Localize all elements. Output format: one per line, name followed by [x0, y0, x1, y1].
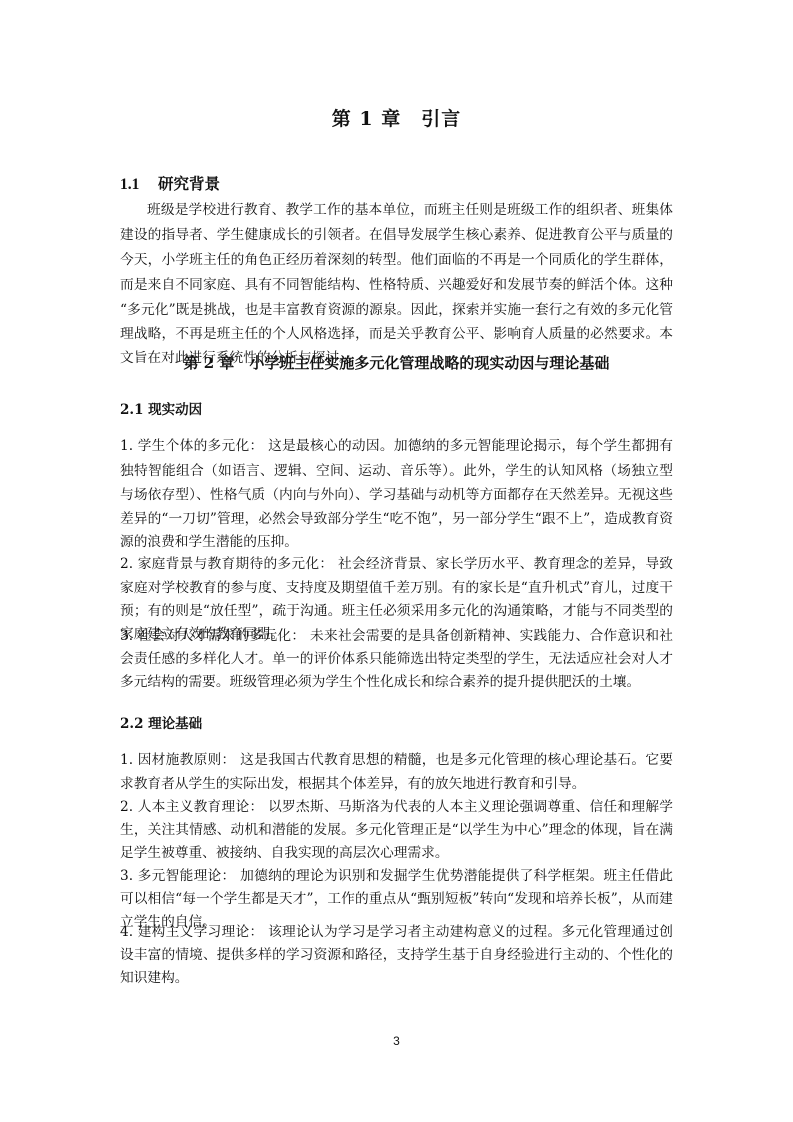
- text-line: 班级是学校进行教育、教学工作的基本单位，而班主任则是班级工作的组织者、班集体: [147, 200, 673, 220]
- text-line: 求教育者从学生的实际出发，根据其个体差异，有的放矢地进行教育和引导。: [120, 774, 673, 794]
- section-2-1-heading: 2.1 现实动因: [120, 398, 202, 418]
- text-line: 建设的指导者、学生健康成长的引领者。在倡导发展学生核心素养、促进教育公平与质量的: [120, 225, 673, 245]
- text-line: 今天，小学班主任的角色正经历着深刻的转型。他们面临的不再是一个同质化的学生群体，: [120, 250, 673, 270]
- text-line: 与场依存型）、性格气质（内向与外向）、学习基础与动机等方面都存在天然差异。无视这…: [120, 485, 673, 505]
- chapter-2-title: 第 2 章 小学班主任实施多元化管理战略的现实动因与理论基础: [0, 352, 793, 373]
- text-line: 设丰富的情境、提供多样的学习资源和路径，支持学生基于自身经验进行主动的、个性化的: [120, 945, 673, 965]
- text-line: 1. 学生个体的多元化： 这是最核心的动因。加德纳的多元智能理论揭示，每个学生都…: [120, 436, 673, 456]
- text-line: 理战略，不再是班主任的个人风格选择，而是关乎教育公平、影响育人质量的必然要求。本: [120, 324, 673, 344]
- text-line: 源的浪费和学生潜能的压抑。: [120, 532, 673, 552]
- text-line: 会责任感的多样化人才。单一的评价体系只能筛选出特定类型的学生，无法适应社会对人才: [120, 649, 673, 669]
- text-line: 4. 建构主义学习理论： 该理论认为学习是学习者主动建构意义的过程。多元化管理通…: [120, 922, 673, 942]
- section-number: 1.1: [120, 176, 158, 194]
- text-line: 而是来自不同家庭、具有不同智能结构、性格特质、兴趣爱好和发展节奏的鲜活个体。这种: [120, 275, 673, 295]
- document-page: 第 1 章 引言 1.1研究背景 班级是学校进行教育、教学工作的基本单位，而班主…: [0, 0, 793, 1122]
- text-line: 2. 人本主义教育理论： 以罗杰斯、马斯洛为代表的人本主义理论强调尊重、信任和理…: [120, 797, 673, 817]
- text-line: 足学生被尊重、被接纳、自我实现的高层次心理需求。: [120, 843, 673, 863]
- text-line: 3. 社会对人才需求的多元化： 未来社会需要的是具备创新精神、实践能力、合作意识…: [120, 626, 673, 646]
- text-line: 知识建构。: [120, 968, 673, 988]
- page-number: 3: [0, 1034, 793, 1048]
- text-line: 3. 多元智能理论： 加德纳的理论为识别和发掘学生优势潜能提供了科学框架。班主任…: [120, 866, 673, 886]
- section-title: 研究背景: [158, 174, 220, 193]
- text-line: 生，关注其情感、动机和潜能的发展。多元化管理正是“以学生为中心”理念的体现，旨在…: [120, 820, 673, 840]
- chapter-1-title: 第 1 章 引言: [0, 104, 793, 131]
- text-line: 可以相信“每一个学生都是天才”，工作的重点从“甄别短板”转向“发现和培养长板”，…: [120, 889, 673, 909]
- text-line: 多元结构的需要。班级管理必须为学生个性化成长和综合素养的提升提供肥沃的土壤。: [120, 672, 673, 692]
- section-1-1-heading: 1.1研究背景: [120, 172, 220, 194]
- text-line: 预；有的则是“放任型”，疏于沟通。班主任必须采用多元化的沟通策略，才能与不同类型…: [120, 601, 673, 621]
- section-2-2-heading: 2.2 理论基础: [120, 712, 202, 732]
- text-line: 独特智能组合（如语言、逻辑、空间、运动、音乐等）。此外，学生的认知风格（场独立型: [120, 461, 673, 481]
- text-line: 家庭对学校教育的参与度、支持度及期望值千差万别。有的家长是“直升机式”育儿，过度…: [120, 578, 673, 598]
- text-line: 差异的“一刀切”管理，必然会导致部分学生“吃不饱”，另一部分学生“跟不上”，造成…: [120, 509, 673, 529]
- text-line: “多元化”既是挑战，也是丰富教育资源的源泉。因此，探索并实施一套行之有效的多元化…: [120, 300, 673, 320]
- text-line: 2. 家庭背景与教育期待的多元化： 社会经济背景、家长学历水平、教育理念的差异，…: [120, 554, 673, 574]
- text-line: 1. 因材施教原则： 这是我国古代教育思想的精髓，也是多元化管理的核心理论基石。…: [120, 750, 673, 770]
